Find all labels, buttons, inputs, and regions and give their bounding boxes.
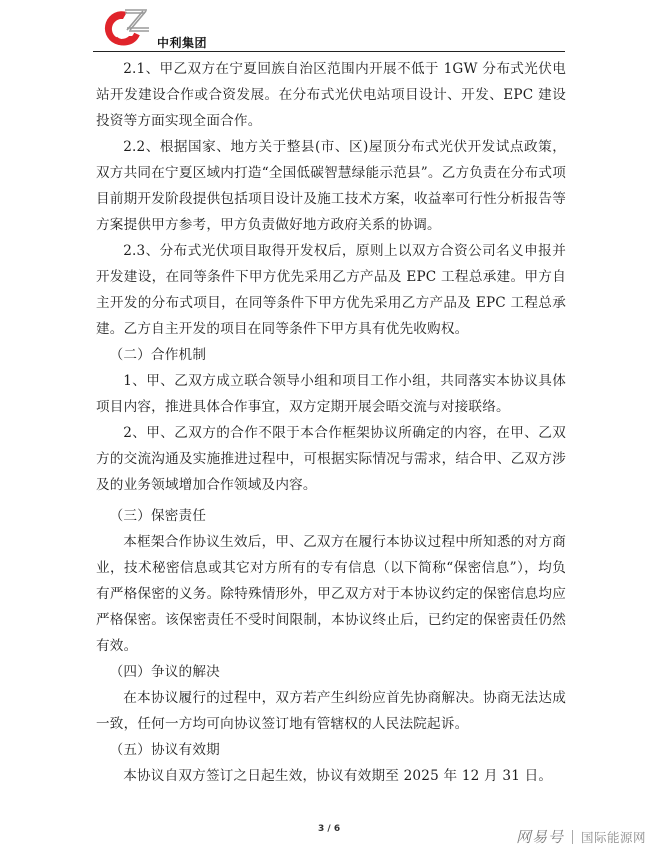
section-heading-confidentiality: （三）保密责任 [96,503,566,529]
header-divider [93,51,565,52]
watermark-brand: 网易号 [516,826,564,847]
mechanism-clause-2: 2、甲、乙双方的合作不限于本合作框架协议所确定的内容，在甲、乙双方的交流沟通及实… [96,420,566,498]
clause-2-3: 2.3、分布式光伏项目取得开发权后，原则上以双方合资公司名义申报并开发建设，在同… [96,238,566,342]
dispute-resolution-clause: 在本协议履行的过程中，双方若产生纠纷应首先协商解决。协商无法达成一致，任何一方均… [96,685,566,737]
zhongli-group-logo-icon [97,6,151,48]
document-body: 2.1、甲乙双方在宁夏回族自治区范围内开展不低于 1GW 分布式光伏电站开发建设… [96,56,566,789]
section-heading-validity-period: （五）协议有效期 [96,737,566,763]
watermark-site: 国际能源网 [581,828,646,846]
validity-period-clause: 本协议自双方签订之日起生效，协议有效期至 2025 年 12 月 31 日。 [96,763,566,789]
confidentiality-clause: 本框架合作协议生效后，甲、乙双方在履行本协议过程中所知悉的对方商业，技术秘密信息… [96,529,566,659]
company-name: 中利集团 [157,34,207,51]
watermark: 网易号 国际能源网 [516,826,646,847]
mechanism-clause-1: 1、甲、乙双方成立联合领导小组和项目工作小组，共同落实本协议具体项目内容，推进具… [96,368,566,420]
section-heading-cooperation-mechanism: （二）合作机制 [96,342,566,368]
section-heading-dispute-resolution: （四）争议的解决 [96,659,566,685]
watermark-separator [572,830,573,844]
document-header: 中利集团 [93,0,565,50]
page-number: 3 / 6 [318,824,340,834]
clause-2-2: 2.2、根据国家、地方关于整县(市、区)屋顶分布式光伏开发试点政策，双方共同在宁… [96,134,566,238]
clause-2-1: 2.1、甲乙双方在宁夏回族自治区范围内开展不低于 1GW 分布式光伏电站开发建设… [96,56,566,134]
